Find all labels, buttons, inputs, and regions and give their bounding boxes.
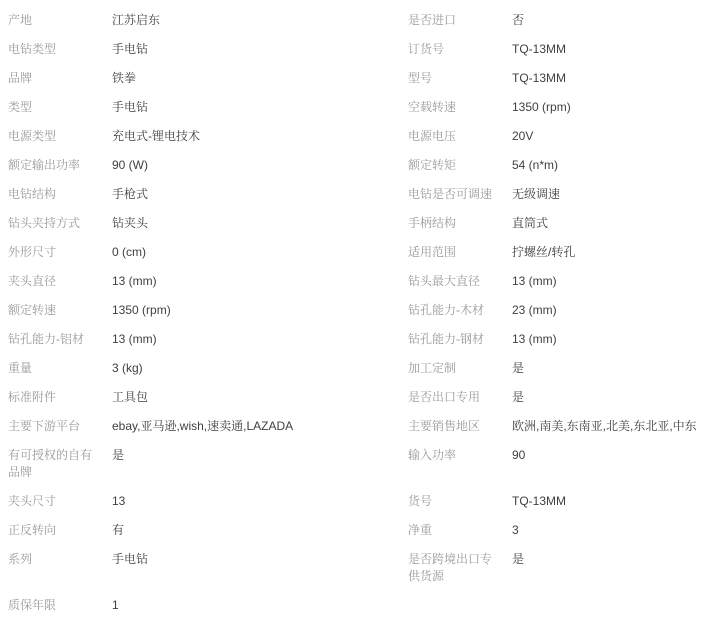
spec-value-left: 手电钻: [112, 545, 408, 574]
spec-label-left: 品牌: [8, 64, 112, 93]
spec-label-right: 是否跨境出口专供货源: [408, 545, 512, 591]
spec-row: 额定转速 1350 (rpm) 钻孔能力-木材 23 (mm): [8, 296, 714, 325]
spec-value-right: 否: [512, 6, 714, 35]
spec-value-right: TQ-13MM: [512, 487, 714, 516]
spec-value-right: TQ-13MM: [512, 35, 714, 64]
spec-value-right: 1350 (rpm): [512, 93, 714, 122]
spec-label-left: 产地: [8, 6, 112, 35]
spec-label-left: 电源类型: [8, 122, 112, 151]
spec-row: 夹头直径 13 (mm) 钻头最大直径 13 (mm): [8, 267, 714, 296]
spec-value-right: TQ-13MM: [512, 64, 714, 93]
spec-label-left: 钻孔能力-铝材: [8, 325, 112, 354]
spec-label-right: 钻头最大直径: [408, 267, 512, 296]
spec-value-right: 20V: [512, 122, 714, 151]
spec-label-right: 电源电压: [408, 122, 512, 151]
spec-row: 类型 手电钻 空载转速 1350 (rpm): [8, 93, 714, 122]
spec-label-right: 加工定制: [408, 354, 512, 383]
spec-value-right: 90: [512, 441, 714, 470]
spec-row: 正反转向 有 净重 3: [8, 516, 714, 545]
spec-row: 系列 手电钻 是否跨境出口专供货源 是: [8, 545, 714, 591]
spec-value-left: 铁拳: [112, 64, 408, 93]
spec-label-left: 有可授权的自有品牌: [8, 441, 112, 487]
spec-label-right: 钻孔能力-木材: [408, 296, 512, 325]
spec-label-left: 重量: [8, 354, 112, 383]
spec-value-left: 1: [112, 591, 408, 620]
spec-row: 产地 江苏启东 是否进口 否: [8, 6, 714, 35]
spec-label-left: 电钻结构: [8, 180, 112, 209]
spec-row: 有可授权的自有品牌 是 输入功率 90: [8, 441, 714, 487]
spec-label-left: 额定转速: [8, 296, 112, 325]
spec-label-right: 是否进口: [408, 6, 512, 35]
spec-label-right: 适用范围: [408, 238, 512, 267]
spec-value-right: 13 (mm): [512, 267, 714, 296]
spec-value-left: 90 (W): [112, 151, 408, 180]
spec-row: 钻头夹持方式 钻夹头 手柄结构 直筒式: [8, 209, 714, 238]
spec-label-right: [408, 591, 512, 603]
spec-value-left: 13 (mm): [112, 325, 408, 354]
spec-label-left: 钻头夹持方式: [8, 209, 112, 238]
spec-label-left: 系列: [8, 545, 112, 574]
spec-row: 夹头尺寸 13 货号 TQ-13MM: [8, 487, 714, 516]
spec-value-left: 是: [112, 441, 408, 470]
spec-row: 主要下游平台 ebay,亚马逊,wish,速卖通,LAZADA 主要销售地区 欧…: [8, 412, 714, 441]
spec-label-left: 主要下游平台: [8, 412, 112, 441]
spec-row: 外形尺寸 0 (cm) 适用范围 拧螺丝/转孔: [8, 238, 714, 267]
spec-label-left: 电钻类型: [8, 35, 112, 64]
spec-value-left: 手电钻: [112, 35, 408, 64]
spec-value-right: [512, 591, 714, 603]
spec-value-right: 是: [512, 354, 714, 383]
spec-value-left: ebay,亚马逊,wish,速卖通,LAZADA: [112, 412, 408, 441]
spec-row: 重量 3 (kg) 加工定制 是: [8, 354, 714, 383]
spec-label-right: 电钻是否可调速: [408, 180, 512, 209]
spec-value-right: 13 (mm): [512, 325, 714, 354]
spec-value-left: 钻夹头: [112, 209, 408, 238]
spec-label-left: 质保年限: [8, 591, 112, 620]
spec-label-right: 额定转矩: [408, 151, 512, 180]
spec-value-left: 有: [112, 516, 408, 545]
spec-row: 品牌 铁拳 型号 TQ-13MM: [8, 64, 714, 93]
spec-value-left: 13 (mm): [112, 267, 408, 296]
spec-value-right: 欧洲,南美,东南亚,北美,东北亚,中东: [512, 412, 714, 441]
spec-label-right: 是否出口专用: [408, 383, 512, 412]
spec-table: 产地 江苏启东 是否进口 否 电钻类型 手电钻 订货号 TQ-13MM 品牌 铁…: [0, 0, 714, 620]
spec-label-left: 标准附件: [8, 383, 112, 412]
spec-label-right: 订货号: [408, 35, 512, 64]
spec-value-left: 手电钻: [112, 93, 408, 122]
spec-row: 钻孔能力-铝材 13 (mm) 钻孔能力-钢材 13 (mm): [8, 325, 714, 354]
spec-label-left: 正反转向: [8, 516, 112, 545]
spec-value-right: 是: [512, 545, 714, 574]
spec-row: 电钻类型 手电钻 订货号 TQ-13MM: [8, 35, 714, 64]
spec-row: 电源类型 充电式-锂电技术 电源电压 20V: [8, 122, 714, 151]
spec-value-left: 3 (kg): [112, 354, 408, 383]
spec-label-left: 额定输出功率: [8, 151, 112, 180]
spec-label-right: 型号: [408, 64, 512, 93]
spec-value-left: 0 (cm): [112, 238, 408, 267]
spec-label-right: 输入功率: [408, 441, 512, 470]
spec-row: 质保年限 1: [8, 591, 714, 620]
spec-label-right: 净重: [408, 516, 512, 545]
spec-label-left: 类型: [8, 93, 112, 122]
spec-value-left: 1350 (rpm): [112, 296, 408, 325]
spec-value-right: 直筒式: [512, 209, 714, 238]
spec-label-right: 钻孔能力-钢材: [408, 325, 512, 354]
spec-label-right: 空载转速: [408, 93, 512, 122]
spec-label-right: 货号: [408, 487, 512, 516]
spec-value-left: 江苏启东: [112, 6, 408, 35]
spec-label-left: 夹头尺寸: [8, 487, 112, 516]
spec-value-left: 工具包: [112, 383, 408, 412]
spec-label-right: 主要销售地区: [408, 412, 512, 441]
spec-label-left: 夹头直径: [8, 267, 112, 296]
spec-label-right: 手柄结构: [408, 209, 512, 238]
spec-value-left: 充电式-锂电技术: [112, 122, 408, 151]
spec-value-right: 拧螺丝/转孔: [512, 238, 714, 267]
spec-value-right: 3: [512, 516, 714, 545]
spec-value-right: 无级调速: [512, 180, 714, 209]
spec-label-left: 外形尺寸: [8, 238, 112, 267]
spec-row: 标准附件 工具包 是否出口专用 是: [8, 383, 714, 412]
spec-row: 额定输出功率 90 (W) 额定转矩 54 (n*m): [8, 151, 714, 180]
spec-value-right: 54 (n*m): [512, 151, 714, 180]
spec-row: 电钻结构 手枪式 电钻是否可调速 无级调速: [8, 180, 714, 209]
spec-value-left: 手枪式: [112, 180, 408, 209]
spec-value-right: 是: [512, 383, 714, 412]
spec-value-left: 13: [112, 487, 408, 516]
spec-value-right: 23 (mm): [512, 296, 714, 325]
